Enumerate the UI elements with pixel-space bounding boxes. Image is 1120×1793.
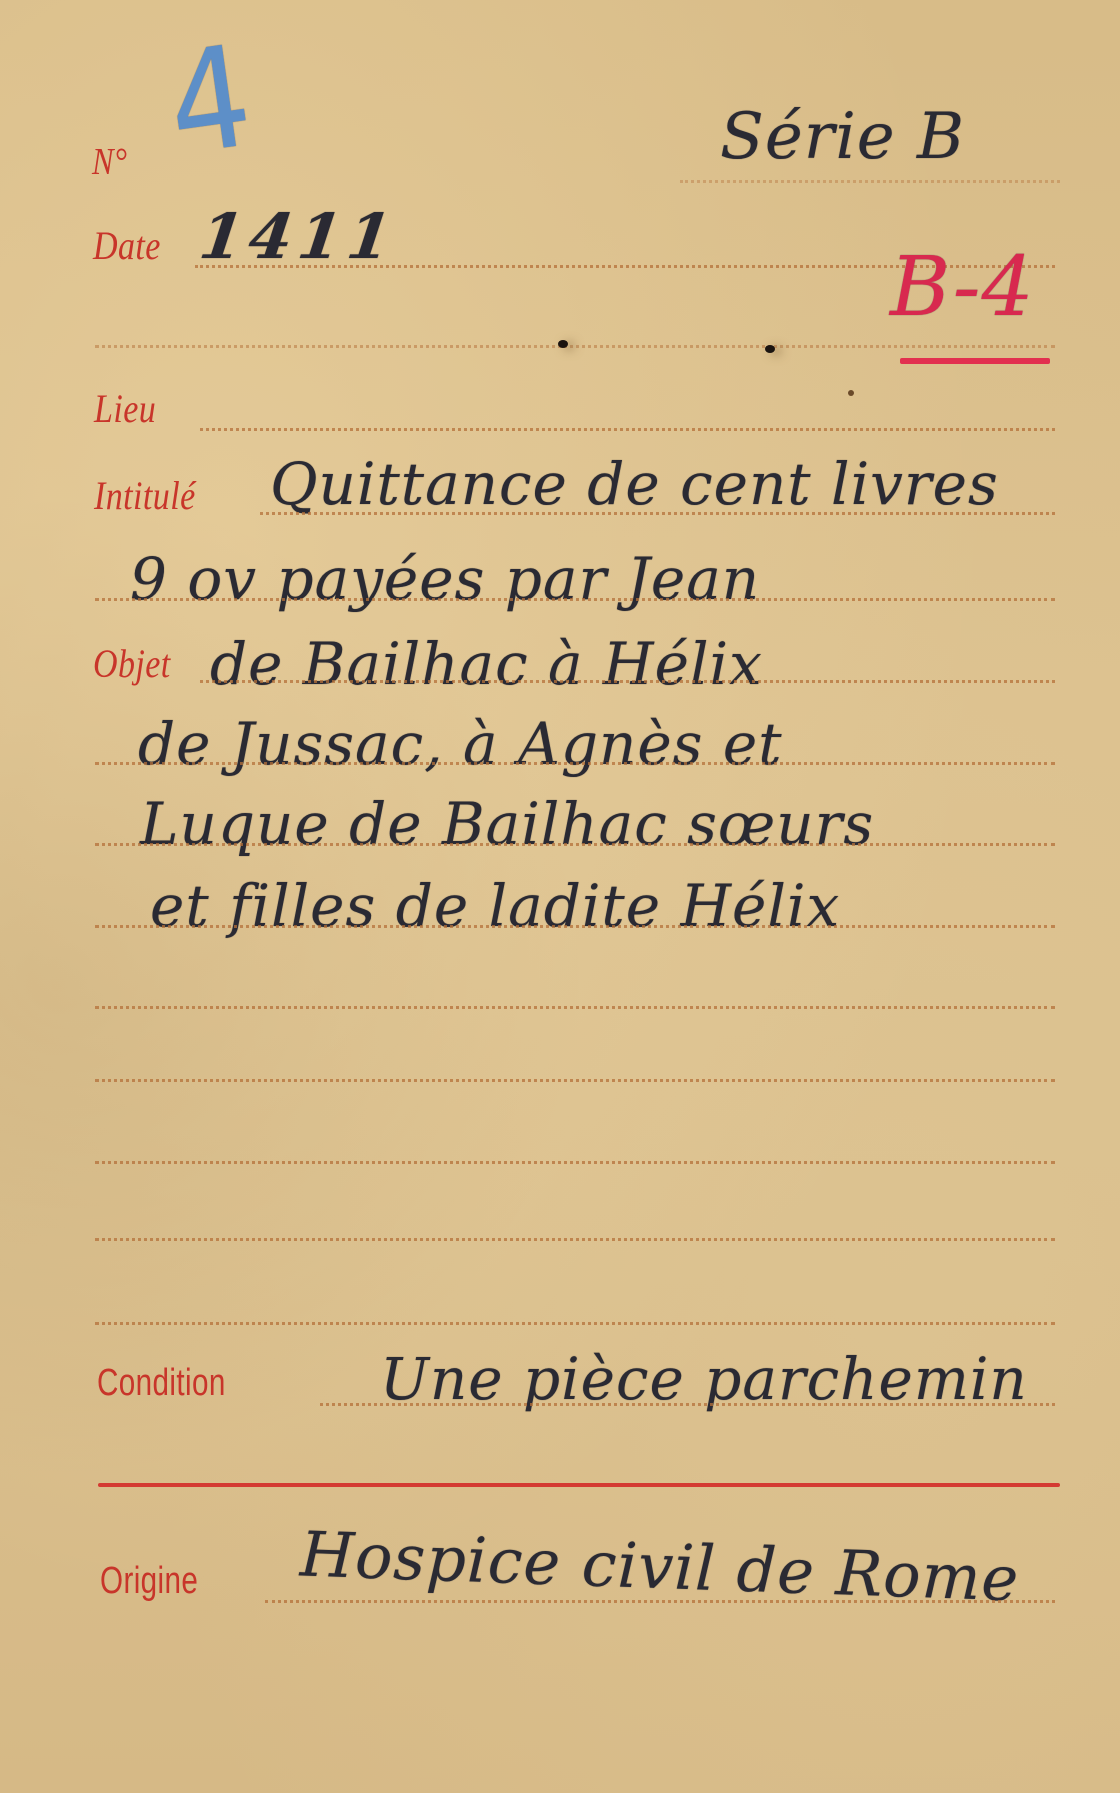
- cote-value: B-4: [890, 240, 1035, 335]
- objet-dotline-3: [95, 843, 1055, 846]
- intitule-label: Intitulé: [94, 472, 196, 519]
- paper-speck: [848, 390, 854, 396]
- objet-line-4: et filles de ladite Hélix: [150, 872, 840, 940]
- origine-label: Origine: [100, 1560, 198, 1603]
- blank-dotline-5: [95, 1238, 1055, 1241]
- objet-dotline-4: [95, 925, 1055, 928]
- serie-dotline: [680, 180, 1060, 183]
- blank-dotline-6: [95, 1322, 1055, 1325]
- lieu-dotline: [200, 428, 1055, 431]
- intitule-line-1: Quittance de cent livres: [270, 450, 999, 518]
- blank-dotline-3: [95, 1079, 1055, 1082]
- objet-dotline-1: [200, 680, 1055, 683]
- staple-hole-left: [558, 340, 568, 348]
- section-divider: [98, 1483, 1060, 1487]
- date-value: 1411: [188, 200, 408, 273]
- objet-line-2: de Jussac, à Agnès et: [138, 710, 783, 778]
- objet-label: Objet: [93, 640, 171, 687]
- intitule-line-2: 9 ov payées par Jean: [130, 545, 760, 613]
- blank-dotline-2: [95, 1006, 1055, 1009]
- cote-underline: [900, 358, 1050, 364]
- blank-dotline-1: [95, 345, 1055, 348]
- condition-label: Condition: [97, 1362, 226, 1405]
- condition-dotline: [320, 1403, 1055, 1406]
- intitule-dotline-2: [95, 598, 1055, 601]
- origine-dotline: [265, 1600, 1055, 1603]
- objet-line-3: Luque de Bailhac sœurs: [140, 790, 874, 858]
- blank-dotline-4: [95, 1161, 1055, 1164]
- numero-value: 4: [159, 15, 262, 188]
- archive-index-card: N° 4 Série B Date 1411 B-4 Lieu Intitulé…: [0, 0, 1120, 1793]
- objet-line-1: de Bailhac à Hélix: [210, 630, 763, 698]
- intitule-dotline-1: [260, 512, 1055, 515]
- serie-value: Série B: [720, 100, 965, 174]
- numero-label: N°: [92, 140, 127, 184]
- objet-dotline-2: [95, 762, 1055, 765]
- staple-hole-right: [765, 345, 775, 353]
- lieu-label: Lieu: [94, 385, 156, 432]
- date-label: Date: [93, 222, 161, 269]
